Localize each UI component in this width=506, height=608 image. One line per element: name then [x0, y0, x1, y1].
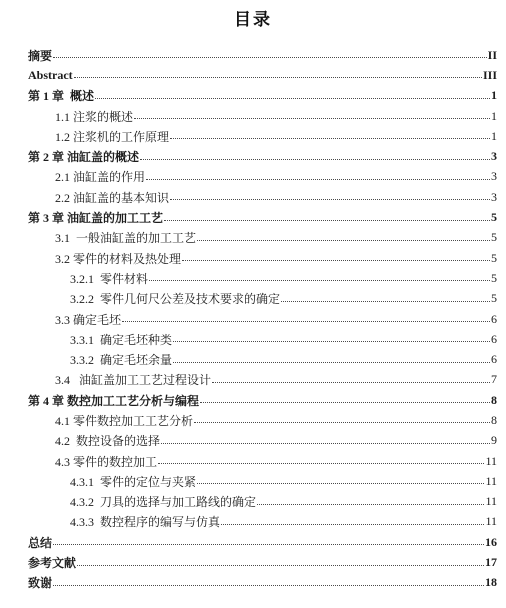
- dotted-leader: [173, 362, 490, 363]
- toc-entry: 2.1 油缸盖的作用 3: [0, 167, 506, 187]
- toc-entry-label: 4.3.3 数控程序的编写与仿真: [70, 513, 220, 530]
- dotted-leader: [74, 77, 482, 78]
- toc-entry: 4.3.1 零件的定位与夹紧 11: [0, 471, 506, 491]
- toc-entry: 3.2 零件的材料及热处理 5: [0, 248, 506, 268]
- toc-entry: 第 3 章 油缸盖的加工工艺 5: [0, 207, 506, 227]
- toc-entry-page: 17: [485, 555, 497, 570]
- dotted-leader: [221, 524, 484, 525]
- toc-entry: 第 1 章 概述 1: [0, 86, 506, 106]
- toc-entry-page: 5: [491, 210, 497, 225]
- toc-entry-page: 1: [491, 88, 497, 103]
- toc-entry-label: 4.3.2 刀具的选择与加工路线的确定: [70, 493, 256, 510]
- dotted-leader: [212, 382, 490, 383]
- toc-entry-page: 11: [485, 494, 497, 509]
- toc-entry-page: 3: [491, 190, 497, 205]
- toc-entry-page: 9: [491, 433, 497, 448]
- toc-entry: 3.1 一般油缸盖的加工工艺 5: [0, 228, 506, 248]
- toc-entry-page: 8: [491, 393, 497, 408]
- dotted-leader: [149, 280, 490, 281]
- toc-entry: 4.1 零件数控加工工艺分析 8: [0, 410, 506, 430]
- dotted-leader: [170, 199, 490, 200]
- toc-entry-page: 11: [485, 474, 497, 489]
- toc-entry: 4.3 零件的数控加工 11: [0, 451, 506, 471]
- toc-entry-label: 3.4 油缸盖加工工艺过程设计: [55, 371, 211, 388]
- toc-entry-label: 第 1 章 概述: [28, 87, 94, 104]
- dotted-leader: [197, 240, 490, 241]
- dotted-leader: [200, 402, 490, 403]
- toc-entry-page: 3: [491, 149, 497, 164]
- toc-entry: 3.4 油缸盖加工工艺过程设计 7: [0, 370, 506, 390]
- toc-entry: 参考文献 17: [0, 552, 506, 572]
- toc-entry-label: 摘要: [28, 47, 52, 64]
- toc-entry-label: 2.1 油缸盖的作用: [55, 168, 145, 185]
- dotted-leader: [161, 443, 490, 444]
- dotted-leader: [53, 544, 484, 545]
- dotted-leader: [194, 422, 490, 423]
- toc-entry: 3.3.1 确定毛坯种类 6: [0, 329, 506, 349]
- toc-entry-label: 1.2 注浆机的工作原理: [55, 128, 169, 145]
- toc-entry-page: 7: [491, 372, 497, 387]
- toc-entry-page: 6: [491, 332, 497, 347]
- toc-entry-label: 致谢: [28, 574, 52, 591]
- dotted-leader: [95, 98, 490, 99]
- toc-entry: 3.3.2 确定毛坯余量 6: [0, 349, 506, 369]
- dotted-leader: [164, 220, 490, 221]
- toc-entry-label: 4.2 数控设备的选择: [55, 432, 160, 449]
- toc-entry-label: 3.3 确定毛坯: [55, 311, 121, 328]
- dotted-leader: [77, 565, 484, 566]
- toc-entry-label: 参考文献: [28, 554, 76, 571]
- toc-entry-label: 3.1 一般油缸盖的加工工艺: [55, 229, 196, 246]
- dotted-leader: [170, 138, 490, 139]
- dotted-leader: [53, 57, 487, 58]
- toc-list: 摘要 II Abstract III 第 1 章 概述 1 1.1 注浆的概述 …: [0, 30, 506, 593]
- toc-entry-page: 5: [491, 271, 497, 286]
- toc-entry-label: Abstract: [28, 68, 73, 83]
- toc-entry-page: II: [488, 48, 497, 63]
- toc-entry: 3.2.2 零件几何尺公差及技术要求的确定 5: [0, 289, 506, 309]
- toc-entry: 1.2 注浆机的工作原理 1: [0, 126, 506, 146]
- dotted-leader: [122, 321, 490, 322]
- dotted-leader: [146, 179, 490, 180]
- toc-entry: 3.2.1 零件材料 5: [0, 268, 506, 288]
- toc-entry-label: 3.3.1 确定毛坯种类: [70, 331, 172, 348]
- toc-entry-label: 第 2 章 油缸盖的概述: [28, 148, 139, 165]
- toc-entry: 1.1 注浆的概述 1: [0, 106, 506, 126]
- toc-entry-page: 5: [491, 251, 497, 266]
- toc-entry: 3.3 确定毛坯 6: [0, 309, 506, 329]
- toc-page: 目录 摘要 II Abstract III 第 1 章 概述 1 1.1 注浆的…: [0, 0, 506, 608]
- toc-entry-page: 6: [491, 312, 497, 327]
- toc-entry-page: 8: [491, 413, 497, 428]
- toc-entry-label: 2.2 油缸盖的基本知识: [55, 189, 169, 206]
- toc-entry: 2.2 油缸盖的基本知识 3: [0, 187, 506, 207]
- toc-entry: 致谢 18: [0, 573, 506, 593]
- toc-entry: 4.2 数控设备的选择 9: [0, 431, 506, 451]
- toc-entry-label: 4.3 零件的数控加工: [55, 453, 157, 470]
- toc-entry: 4.3.2 刀具的选择与加工路线的确定 11: [0, 492, 506, 512]
- toc-entry-page: 11: [485, 514, 497, 529]
- toc-entry-page: 11: [485, 454, 497, 469]
- toc-entry-page: 1: [491, 129, 497, 144]
- toc-entry-page: 3: [491, 169, 497, 184]
- toc-entry-label: 3.2.2 零件几何尺公差及技术要求的确定: [70, 290, 280, 307]
- toc-entry-label: 3.2 零件的材料及热处理: [55, 250, 181, 267]
- toc-entry-page: III: [483, 68, 497, 83]
- toc-entry-label: 第 3 章 油缸盖的加工工艺: [28, 209, 163, 226]
- toc-entry: 摘要 II: [0, 45, 506, 65]
- toc-entry-page: 6: [491, 352, 497, 367]
- dotted-leader: [158, 463, 484, 464]
- toc-entry-page: 16: [485, 535, 497, 550]
- toc-entry-label: 4.3.1 零件的定位与夹紧: [70, 473, 196, 490]
- dotted-leader: [53, 585, 484, 586]
- dotted-leader: [197, 483, 484, 484]
- toc-entry: 第 4 章 数控加工工艺分析与编程 8: [0, 390, 506, 410]
- dotted-leader: [173, 341, 490, 342]
- dotted-leader: [140, 159, 490, 160]
- toc-entry: 总结 16: [0, 532, 506, 552]
- toc-entry-label: 3.2.1 零件材料: [70, 270, 148, 287]
- dotted-leader: [281, 301, 490, 302]
- toc-entry: 4.3.3 数控程序的编写与仿真 11: [0, 512, 506, 532]
- toc-entry-page: 18: [485, 575, 497, 590]
- toc-entry-label: 3.3.2 确定毛坯余量: [70, 351, 172, 368]
- toc-entry-page: 1: [491, 109, 497, 124]
- dotted-leader: [134, 118, 490, 119]
- toc-entry-page: 5: [491, 230, 497, 245]
- dotted-leader: [257, 504, 484, 505]
- dotted-leader: [182, 260, 490, 261]
- toc-entry-label: 总结: [28, 534, 52, 551]
- page-title: 目录: [0, 0, 506, 30]
- toc-entry: Abstract III: [0, 65, 506, 85]
- toc-entry: 第 2 章 油缸盖的概述 3: [0, 146, 506, 166]
- toc-entry-label: 1.1 注浆的概述: [55, 108, 133, 125]
- toc-entry-page: 5: [491, 291, 497, 306]
- toc-entry-label: 第 4 章 数控加工工艺分析与编程: [28, 392, 199, 409]
- toc-entry-label: 4.1 零件数控加工工艺分析: [55, 412, 193, 429]
